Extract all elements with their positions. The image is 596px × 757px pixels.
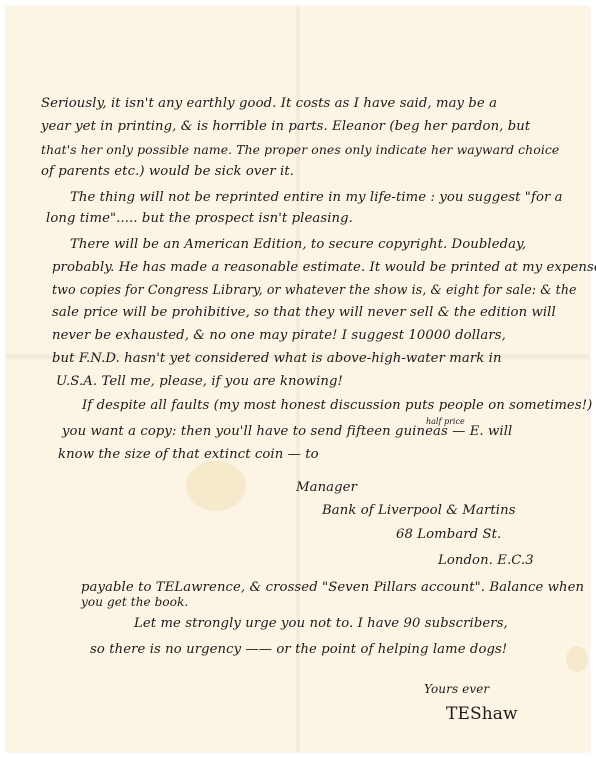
letter-line: The thing will not be reprinted entire i… [70,190,563,205]
letter-line: sale price will be prohibitive, so that … [52,305,556,320]
address-line: Manager [296,480,357,495]
letter-line: know the size of that extinct coin — to [58,447,319,462]
paper-stain [566,646,588,672]
letter-line: long time"..... but the prospect isn't p… [46,211,353,226]
address-line: London. E.C.3 [438,553,534,568]
letter-line: U.S.A. Tell me, please, if you are knowi… [56,374,343,389]
address-line: Bank of Liverpool & Martins [322,503,516,518]
letter-line: never be exhausted, & no one may pirate!… [52,328,506,343]
signature: TEShaw [446,704,518,724]
address-line: 68 Lombard St. [396,527,501,542]
letter-line: If despite all faults (my most honest di… [82,398,592,413]
letter-line: year yet in printing, & is horrible in p… [41,119,530,134]
letter-line: Seriously, it isn't any earthly good. It… [41,96,497,111]
paper-stain [186,461,246,511]
letter-line: payable to TELawrence, & crossed "Seven … [81,580,584,595]
letter-line: but F.N.D. hasn't yet considered what is… [52,351,502,366]
letter-line: you get the book. [81,595,188,609]
letter-page: Seriously, it isn't any earthly good. It… [6,6,590,752]
letter-line: probably. He has made a reasonable estim… [52,260,596,275]
letter-line: that's her only possible name. The prope… [41,142,559,157]
letter-line: of parents etc.) would be sick over it. [41,164,294,179]
letter-line: two copies for Congress Library, or what… [52,282,577,297]
letter-line: you want a copy: then you'll have to sen… [62,424,512,439]
valediction: Yours ever [424,682,489,696]
letter-line: There will be an American Edition, to se… [70,237,526,252]
letter-line: Let me strongly urge you not to. I have … [134,616,508,631]
letter-line: so there is no urgency —— or the point o… [90,642,507,657]
